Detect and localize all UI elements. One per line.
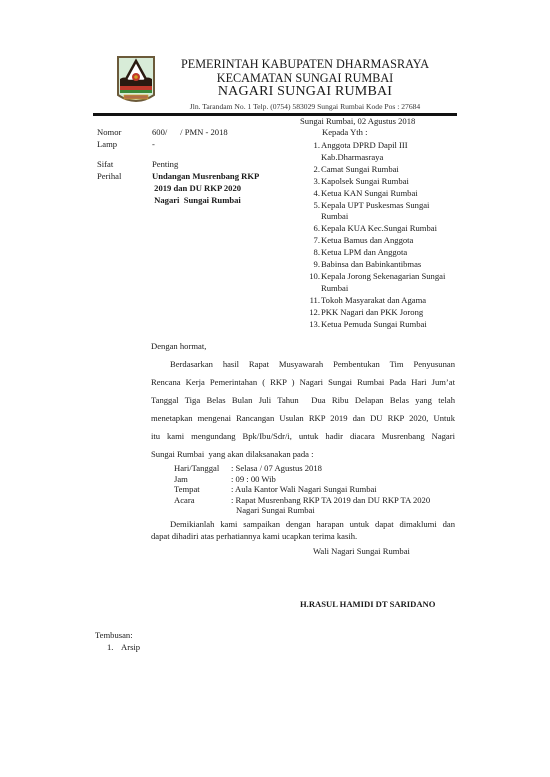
- closing-line: Demikianlah kami sampaikan dengan harapa…: [170, 519, 455, 529]
- recipient-text: Tokoh Masyarakat dan Agama: [321, 295, 426, 305]
- detail-label: Hari/Tanggal: [174, 463, 219, 473]
- body-paragraph-line: Sungai Rumbai yang akan dilaksanakan pad…: [151, 449, 314, 459]
- kop-government-line: PEMERINTAH KABUPATEN DHARMASRAYA: [0, 57, 550, 72]
- recipient-text: Ketua Pemuda Sungai Rumbai: [321, 319, 427, 329]
- body-paragraph-line: Tanggal Tiga Belas Bulan Juli Tahun Dua …: [151, 395, 455, 405]
- detail-label: Jam: [174, 474, 188, 484]
- recipient-number: 11.: [306, 295, 320, 305]
- recipient-text: Camat Sungai Rumbai: [321, 164, 399, 174]
- tembusan-item-text: Arsip: [121, 642, 140, 652]
- tembusan-item-number: 1.: [107, 642, 113, 652]
- recipient-text: Ketua LPM dan Anggota: [321, 247, 407, 257]
- recipient-text: Kab.Dharmasraya: [321, 152, 383, 162]
- recipient-number: 2.: [306, 164, 320, 174]
- lamp-value: -: [152, 139, 155, 149]
- body-paragraph-line: Berdasarkan hasil Rapat Musyawarah Pembe…: [170, 359, 455, 369]
- recipient-number: 9.: [306, 259, 320, 269]
- recipient-number: 5.: [306, 200, 320, 210]
- tembusan-heading: Tembusan:: [95, 630, 133, 640]
- letter-date: Sungai Rumbai, 02 Agustus 2018: [300, 116, 415, 126]
- recipient-number: 12.: [306, 307, 320, 317]
- lamp-label: Lamp: [97, 139, 117, 149]
- recipient-text: Ketua KAN Sungai Rumbai: [321, 188, 418, 198]
- detail-value: : Rapat Musrenbang RKP TA 2019 dan DU RK…: [231, 495, 430, 505]
- recipient-text: Rumbai: [321, 211, 348, 221]
- nomor-value: 600/ / PMN - 2018: [152, 127, 228, 137]
- recipient-text: PKK Nagari dan PKK Jorong: [321, 307, 423, 317]
- perihal-line: Undangan Musrenbang RKP: [152, 171, 259, 181]
- detail-label: Acara: [174, 495, 195, 505]
- kop-address: Jln. Tarandam No. 1 Telp. (0754) 583029 …: [0, 102, 550, 111]
- recipient-text: Babinsa dan Babinkantibmas: [321, 259, 421, 269]
- acara-continuation: Nagari Sungai Rumbai: [236, 505, 315, 515]
- detail-label: Tempat: [174, 484, 200, 494]
- recipient-text: Ketua Bamus dan Anggota: [321, 235, 413, 245]
- recipient-text: Anggota DPRD Dapil III: [321, 140, 408, 150]
- recipient-text: Kepala UPT Puskesmas Sungai: [321, 200, 429, 210]
- perihal-label: Perihal: [97, 171, 121, 181]
- recipients-heading: Kepada Yth :: [322, 127, 368, 137]
- signature-name: H.RASUL HAMIDI DT SARIDANO: [300, 599, 435, 609]
- salutation: Dengan hormat,: [151, 341, 206, 351]
- recipient-number: 13.: [306, 319, 320, 329]
- perihal-line: Nagari Sungai Rumbai: [152, 195, 241, 205]
- recipient-number: 8.: [306, 247, 320, 257]
- kop-village-line: NAGARI SUNGAI RUMBAI: [0, 84, 550, 100]
- recipient-number: 1.: [306, 140, 320, 150]
- letter-page: PEMERINTAH KABUPATEN DHARMASRAYA KECAMAT…: [0, 0, 550, 777]
- recipient-number: 3.: [306, 176, 320, 186]
- sifat-value: Penting: [152, 159, 178, 169]
- recipient-text: Kapolsek Sungai Rumbai: [321, 176, 409, 186]
- perihal-line: 2019 dan DU RKP 2020: [152, 183, 241, 193]
- recipient-number: 4.: [306, 188, 320, 198]
- recipient-text: Kepala KUA Kec.Sungai Rumbai: [321, 223, 437, 233]
- recipient-text: Kepala Jorong Sekenagarian Sungai: [321, 271, 445, 281]
- body-paragraph-line: Rencana Kerja Pemerintahan ( RKP ) Nagar…: [151, 377, 455, 387]
- sifat-label: Sifat: [97, 159, 113, 169]
- detail-value: : 09 : 00 Wib: [231, 474, 276, 484]
- body-paragraph-line: menetapkan mengenai Rancangan Usulan RKP…: [151, 413, 455, 423]
- recipient-number: 6.: [306, 223, 320, 233]
- recipient-number: 10.: [306, 271, 320, 281]
- recipient-number: 7.: [306, 235, 320, 245]
- detail-value: : Selasa / 07 Agustus 2018: [231, 463, 322, 473]
- signature-title: Wali Nagari Sungai Rumbai: [313, 546, 410, 556]
- detail-value: : Aula Kantor Wali Nagari Sungai Rumbai: [231, 484, 377, 494]
- closing-line: dapat dihadiri atas perhatiannya kami uc…: [151, 531, 357, 541]
- recipient-text: Rumbai: [321, 283, 348, 293]
- body-paragraph-line: itu kami mengundang Bpk/Ibu/Sdr/i, untuk…: [151, 431, 455, 441]
- nomor-label: Nomor: [97, 127, 121, 137]
